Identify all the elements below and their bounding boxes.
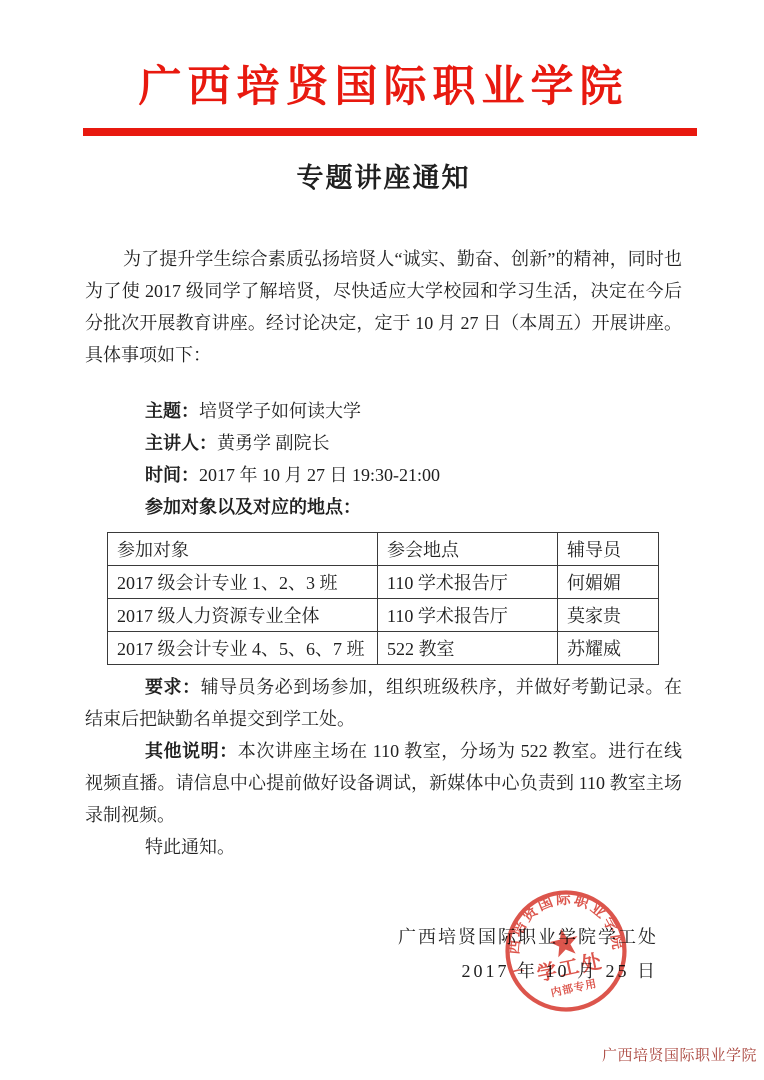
detail-time-label: 时间： <box>145 465 199 485</box>
closing-line: 特此通知。 <box>85 831 682 863</box>
detail-time: 时间：2017 年 10 月 27 日 19:30-21:00 <box>145 459 682 491</box>
lecture-details: 主题：培贤学子如何读大学 主讲人：黄勇学 副院长 时间：2017 年 10 月 … <box>85 395 682 523</box>
footer-school-name: 广西培贤国际职业学院 <box>602 1044 757 1065</box>
table-cell: 110 学术报告厅 <box>378 599 558 632</box>
table-header-counselor: 辅导员 <box>558 533 659 566</box>
detail-topic: 主题：培贤学子如何读大学 <box>145 395 682 427</box>
detail-topic-label: 主题： <box>145 401 199 421</box>
signature-date: 2017 年 10 月 25 日 <box>85 953 658 989</box>
notes-label: 其他说明： <box>145 741 238 761</box>
requirements-label: 要求： <box>145 677 201 697</box>
detail-participants-label: 参加对象以及对应的地点： <box>145 497 361 517</box>
detail-participants-heading: 参加对象以及对应的地点： <box>145 491 682 523</box>
detail-speaker-label: 主讲人： <box>145 433 217 453</box>
table-cell: 何媚媚 <box>558 566 659 599</box>
table-cell: 苏耀威 <box>558 632 659 665</box>
table-cell: 110 学术报告厅 <box>378 566 558 599</box>
intro-paragraph: 为了提升学生综合素质弘扬培贤人“诚实、勤奋、创新”的精神，同时也为了使 2017… <box>85 243 682 371</box>
detail-speaker: 主讲人：黄勇学 副院长 <box>145 427 682 459</box>
header-divider <box>83 128 697 136</box>
notice-document: 广西培贤国际职业学院 专题讲座通知 为了提升学生综合素质弘扬培贤人“诚实、勤奋、… <box>0 62 764 989</box>
requirements-paragraph: 要求：辅导员务必到场参加，组织班级秩序，并做好考勤记录。在结束后把缺勤名单提交到… <box>85 671 682 735</box>
table-cell: 522 教室 <box>378 632 558 665</box>
table-header-location: 参会地点 <box>378 533 558 566</box>
detail-time-value: 2017 年 10 月 27 日 19:30-21:00 <box>199 465 440 485</box>
signature-org: 广西培贤国际职业学院学工处 <box>85 921 658 953</box>
table-cell: 莫家贵 <box>558 599 659 632</box>
signature-block: 广西培贤国际职业学院学工处 2017 年 10 月 25 日 <box>85 921 682 989</box>
document-title: 专题讲座通知 <box>85 163 682 193</box>
school-name: 广西培贤国际职业学院 <box>85 62 682 112</box>
detail-speaker-value: 黄勇学 副院长 <box>217 433 330 453</box>
table-cell: 2017 级人力资源专业全体 <box>108 599 378 632</box>
table-row: 2017 级会计专业 1、2、3 班 110 学术报告厅 何媚媚 <box>108 566 659 599</box>
table-header-row: 参加对象 参会地点 辅导员 <box>108 533 659 566</box>
participants-table: 参加对象 参会地点 辅导员 2017 级会计专业 1、2、3 班 110 学术报… <box>107 532 659 665</box>
notes-paragraph: 其他说明：本次讲座主场在 110 教室，分场为 522 教室。进行在线视频直播。… <box>85 735 682 831</box>
table-header-participants: 参加对象 <box>108 533 378 566</box>
table-row: 2017 级会计专业 4、5、6、7 班 522 教室 苏耀威 <box>108 632 659 665</box>
detail-topic-value: 培贤学子如何读大学 <box>199 401 361 421</box>
table-cell: 2017 级会计专业 4、5、6、7 班 <box>108 632 378 665</box>
table-cell: 2017 级会计专业 1、2、3 班 <box>108 566 378 599</box>
table-row: 2017 级人力资源专业全体 110 学术报告厅 莫家贵 <box>108 599 659 632</box>
